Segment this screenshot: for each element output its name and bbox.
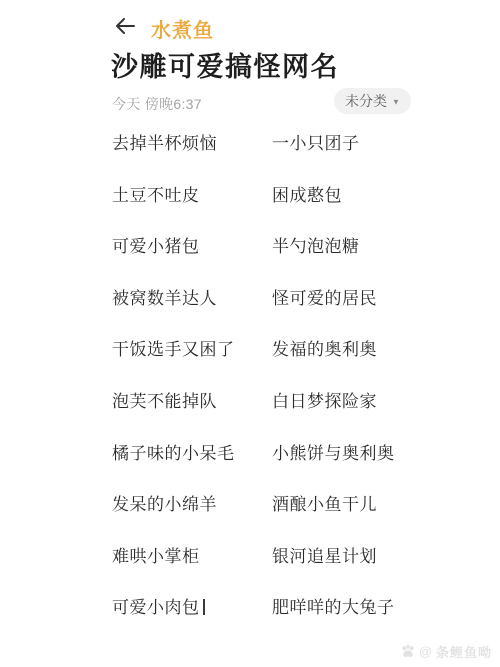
paw-icon bbox=[400, 644, 416, 659]
name-item[interactable]: 去掉半杯烦恼 bbox=[112, 134, 272, 153]
back-arrow-icon bbox=[114, 17, 136, 40]
name-item[interactable]: 橘子味的小呆毛 bbox=[112, 444, 272, 463]
note-screen: 水煮鱼 沙雕可爱搞怪网名 今天 傍晚6:37 未分类 ▼ 去掉半杯烦恼 一小只团… bbox=[0, 0, 500, 667]
watermark-handle: 条鲤鱼呦 bbox=[436, 642, 492, 661]
name-item[interactable]: 可爱小猪包 bbox=[112, 237, 272, 256]
name-item[interactable]: 难哄小掌柜 bbox=[112, 547, 272, 566]
name-item[interactable]: 泡芙不能掉队 bbox=[112, 392, 272, 411]
notebook-name[interactable]: 水煮鱼 bbox=[151, 14, 214, 43]
top-bar: 水煮鱼 bbox=[112, 14, 214, 43]
category-selector[interactable]: 未分类 ▼ bbox=[334, 88, 411, 114]
note-title[interactable]: 沙雕可爱搞怪网名 bbox=[111, 50, 339, 84]
name-item[interactable]: 银河追星计划 bbox=[272, 547, 412, 566]
category-label: 未分类 bbox=[345, 91, 387, 111]
name-item[interactable]: 干饭选手又困了 bbox=[112, 340, 272, 359]
at-symbol: @ bbox=[419, 644, 433, 659]
name-item[interactable]: 白日梦探险家 bbox=[272, 392, 412, 411]
name-item[interactable]: 怪可爱的居民 bbox=[272, 289, 412, 308]
name-item[interactable]: 发呆的小绵羊 bbox=[112, 495, 272, 514]
text-cursor bbox=[203, 599, 205, 615]
back-button[interactable] bbox=[112, 16, 138, 42]
name-item[interactable]: 困成憨包 bbox=[272, 186, 412, 205]
watermark: @ 条鲤鱼呦 bbox=[400, 642, 492, 661]
note-timestamp: 今天 傍晚6:37 bbox=[112, 94, 202, 114]
name-item[interactable]: 可爱小肉包 bbox=[112, 598, 272, 617]
name-item[interactable]: 小熊饼与奥利奥 bbox=[272, 444, 412, 463]
name-item-text: 可爱小肉包 bbox=[112, 598, 200, 617]
name-item[interactable]: 一小只团子 bbox=[272, 134, 412, 153]
name-item[interactable]: 发福的奥利奥 bbox=[272, 340, 412, 359]
name-item[interactable]: 肥咩咩的大兔子 bbox=[272, 598, 412, 617]
name-item[interactable]: 土豆不吐皮 bbox=[112, 186, 272, 205]
chevron-down-icon: ▼ bbox=[392, 97, 400, 106]
name-item[interactable]: 被窝数羊达人 bbox=[112, 289, 272, 308]
name-item[interactable]: 酒酿小鱼干儿 bbox=[272, 495, 412, 514]
name-item[interactable]: 半勺泡泡糖 bbox=[272, 237, 412, 256]
note-body[interactable]: 去掉半杯烦恼 一小只团子 土豆不吐皮 困成憨包 可爱小猪包 半勺泡泡糖 被窝数羊… bbox=[112, 134, 412, 650]
